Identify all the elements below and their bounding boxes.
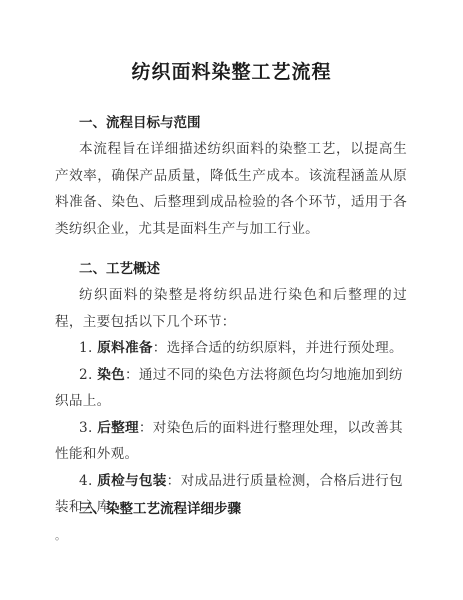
- section-3: 三、染整工艺流程详细步骤: [55, 496, 407, 522]
- list-term: 原料准备: [97, 340, 153, 356]
- list-number: 3.: [79, 420, 93, 436]
- list-item-finishing: 3. 后整理：对染色后的面料进行整理处理，以改善其性能和外观。: [55, 415, 407, 468]
- list-number: 1.: [79, 340, 93, 356]
- list-separator: ：: [139, 420, 153, 436]
- list-item-dyeing: 2. 染色：通过不同的染色方法将颜色均匀地施加到纺织品上。: [55, 362, 407, 415]
- list-term: 染色: [97, 367, 125, 383]
- list-term: 质检与包装: [97, 473, 166, 489]
- list-description: 选择合适的纺织原料，并进行预处理。: [167, 340, 403, 356]
- list-number: 4.: [79, 473, 93, 489]
- document-page: 纺织面料染整工艺流程 一、流程目标与范围 本流程旨在详细描述纺织面料的染整工艺，…: [0, 0, 463, 600]
- section-paragraph: 本流程旨在详细描述纺织面料的染整工艺，以提高生产效率，确保产品质量，降低生产成本…: [55, 136, 407, 242]
- section-paragraph: 纺织面料的染整是将纺织品进行染色和后整理的过程，主要包括以下几个环节：: [55, 282, 407, 335]
- list-item-raw-material: 1. 原料准备：选择合适的纺织原料，并进行预处理。: [55, 335, 407, 362]
- trailing-period: 。: [55, 521, 407, 551]
- section-1: 一、流程目标与范围 本流程旨在详细描述纺织面料的染整工艺，以提高生产效率，确保产…: [55, 110, 407, 242]
- section-heading: 一、流程目标与范围: [55, 110, 407, 136]
- list-term: 后整理: [97, 420, 139, 436]
- list-separator: ：: [125, 367, 139, 383]
- list-separator: ：: [167, 473, 181, 489]
- section-heading: 三、染整工艺流程详细步骤: [55, 496, 407, 522]
- document-title: 纺织面料染整工艺流程: [0, 57, 463, 84]
- list-number: 2.: [79, 367, 93, 383]
- section-heading: 二、工艺概述: [55, 256, 407, 282]
- list-separator: ：: [153, 340, 167, 356]
